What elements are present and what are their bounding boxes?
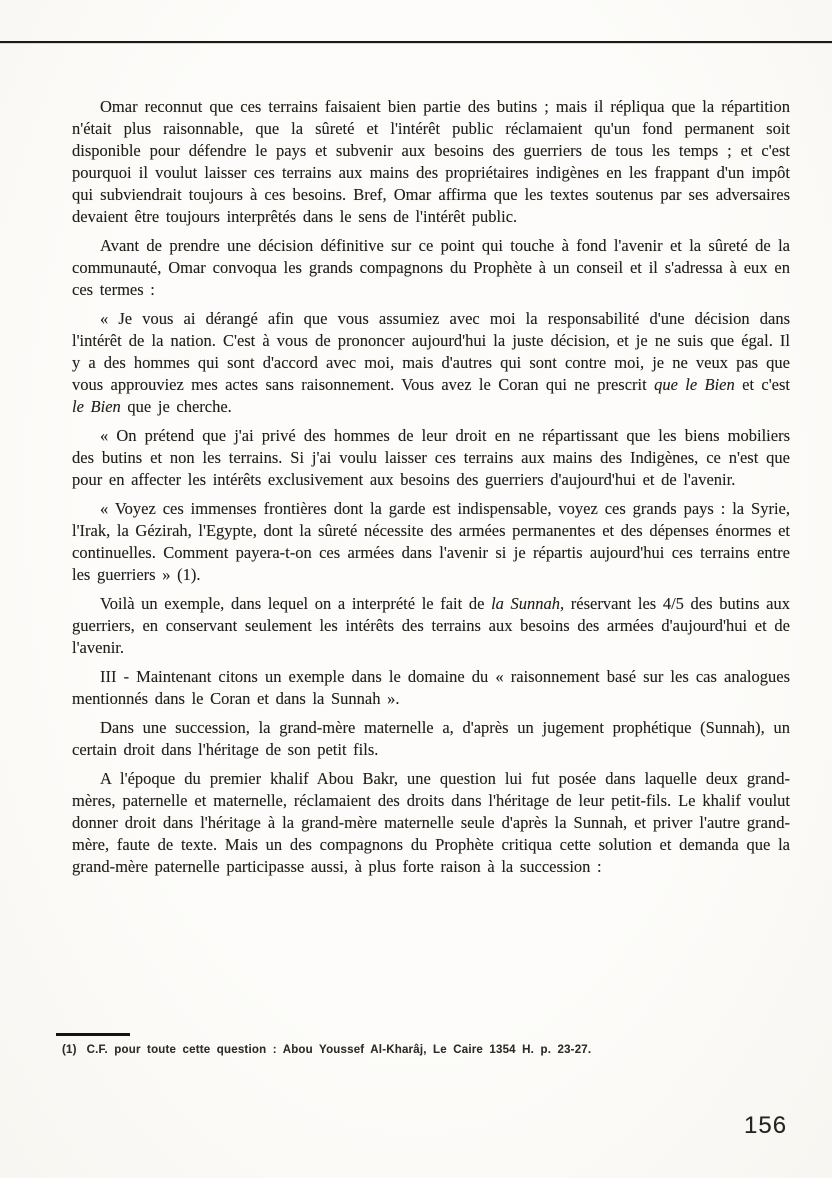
footnote: (1)C.F. pour toute cette question : Abou… xyxy=(62,1044,742,1056)
paragraph: Avant de prendre une décision définitive… xyxy=(72,235,790,301)
paragraph: Voilà un exemple, dans lequel on a inter… xyxy=(72,593,790,659)
footnote-text: C.F. pour toute cette question : Abou Yo… xyxy=(87,1044,592,1056)
page-number: 156 xyxy=(744,1112,787,1140)
paragraph: « Je vous ai dérangé afin que vous assum… xyxy=(72,308,790,418)
body-text: Omar reconnut que ces terrains faisaient… xyxy=(72,96,790,885)
text-segment: A l'époque du premier khalif Abou Bakr, … xyxy=(72,769,790,876)
text-segment: Dans une succession, la grand-mère mater… xyxy=(72,718,790,759)
text-segment: que je cherche. xyxy=(121,397,232,416)
paragraph: Dans une succession, la grand-mère mater… xyxy=(72,717,790,761)
scanned-book-page: Omar reconnut que ces terrains faisaient… xyxy=(0,0,832,1178)
paragraph: « Voyez ces immenses frontières dont la … xyxy=(72,498,790,586)
text-segment: « On prétend que j'ai privé des hommes d… xyxy=(72,426,790,489)
footnote-rule xyxy=(56,1033,130,1036)
italic-text-segment: la Sunnah xyxy=(491,594,560,613)
text-segment: Omar reconnut que ces terrains faisaient… xyxy=(72,97,790,226)
text-segment: « Voyez ces immenses frontières dont la … xyxy=(72,499,790,584)
text-segment: et c'est xyxy=(735,375,790,394)
paragraph: III - Maintenant citons un exemple dans … xyxy=(72,666,790,710)
paragraph: A l'époque du premier khalif Abou Bakr, … xyxy=(72,768,790,878)
text-segment: Voilà un exemple, dans lequel on a inter… xyxy=(100,594,491,613)
paragraph: « On prétend que j'ai privé des hommes d… xyxy=(72,425,790,491)
text-segment: Avant de prendre une décision définitive… xyxy=(72,236,790,299)
text-segment: III - Maintenant citons un exemple dans … xyxy=(72,667,790,708)
paragraph: Omar reconnut que ces terrains faisaient… xyxy=(72,96,790,228)
footnote-marker: (1) xyxy=(62,1044,77,1056)
header-rule xyxy=(0,41,832,43)
italic-text-segment: le Bien xyxy=(72,397,121,416)
italic-text-segment: que le Bien xyxy=(654,375,735,394)
